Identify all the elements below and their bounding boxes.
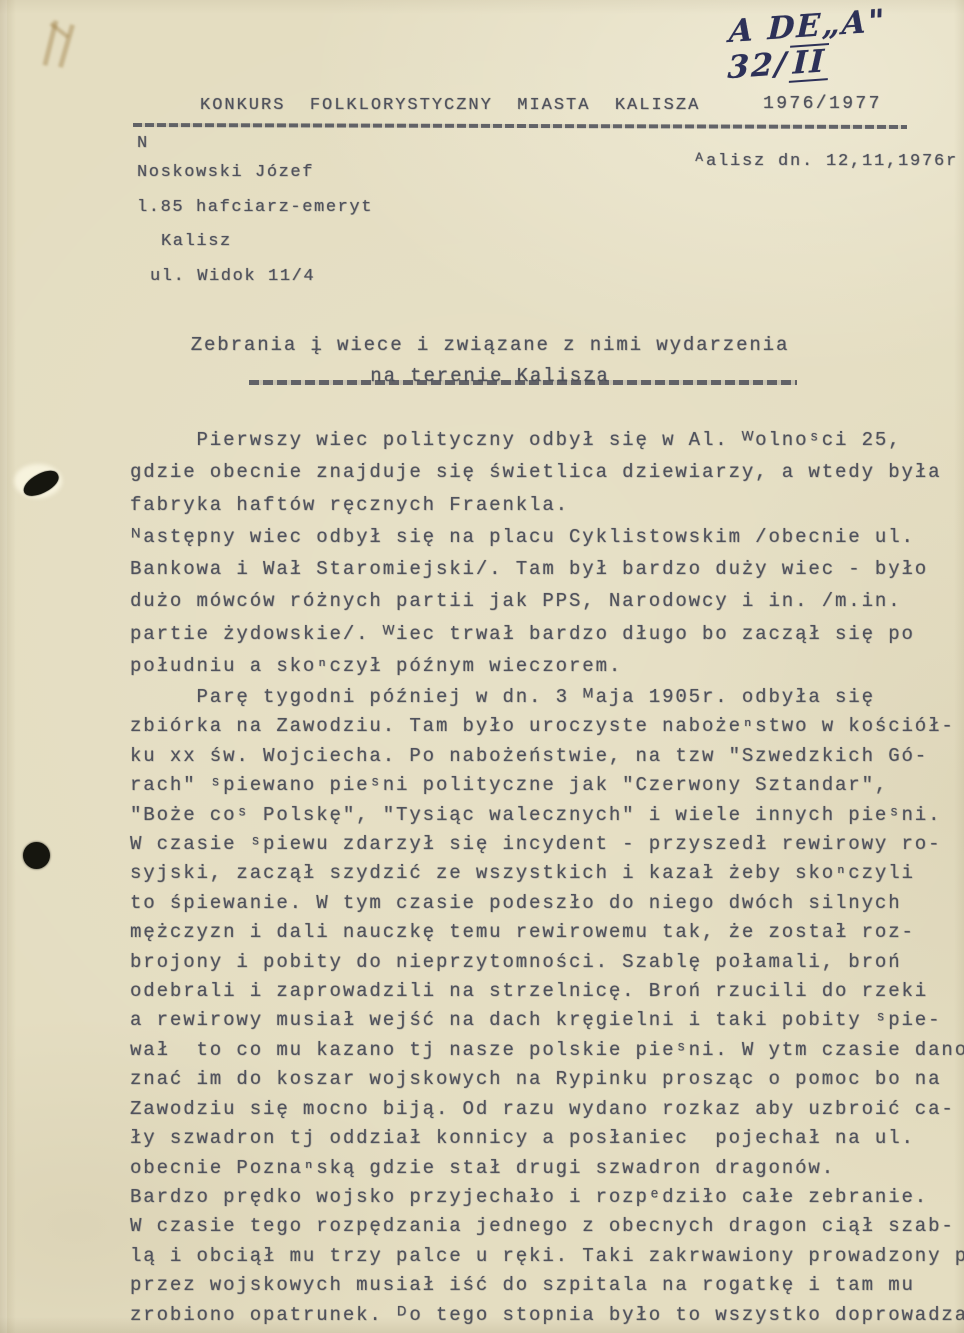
- text-line: partie żydowskie/. ᵂiec trwał bardzo dłu…: [130, 618, 964, 650]
- dateline: ᴬalisz dn. 12,11,1976r: [694, 152, 958, 171]
- text-line: W czasie ˢpiewu zdarzył się incydent - p…: [130, 830, 964, 859]
- handwritten-annotation: A DE„A" 32/II: [727, 0, 959, 87]
- title-line-2: na terenie Kalisza: [180, 361, 800, 392]
- text-line: ku xx św. Wojciecha. Po nabożeństwie, na…: [130, 742, 964, 771]
- text-line: Bardzo prędko wojsko przyjechało i rozpᵉ…: [130, 1183, 964, 1212]
- text-line: Zawodziu się mocno biją. Od razu wydano …: [130, 1095, 964, 1124]
- text-line: zrobiono opatrunek. ᴰo tego stopnia było…: [130, 1301, 964, 1330]
- text-line: rach" ˢpiewano pieˢni polityczne jak "Cz…: [130, 771, 964, 800]
- text-line: Parę tygodni później w dn. 3 ᴹaja 1905r.…: [130, 683, 964, 712]
- text-line: brojony i pobity do nieprzytomności. Sza…: [130, 948, 964, 977]
- text-line: obecnie Poznaⁿską gdzie stał drugi szwad…: [130, 1154, 964, 1183]
- text-line: zbiórka na Zawodziu. Tam było uroczyste …: [130, 712, 964, 741]
- title-line-1: Zebrania į wiece i związane z nimi wydar…: [180, 330, 800, 361]
- text-line: W czasie tego rozpędzania jednego z obec…: [130, 1212, 964, 1241]
- author-city: Kalisz: [137, 225, 373, 260]
- author-street: ul. Widok 11/4: [137, 260, 373, 295]
- stray-typed-letter: N: [137, 134, 148, 153]
- text-line: fabryka haftów ręcznych Fraenkla.: [130, 489, 964, 521]
- body-paragraph-2: Parę tygodni później w dn. 3 ᴹaja 1905r.…: [130, 683, 964, 1330]
- body-paragraph-1: Pierwszy wiec polityczny odbył się w Al.…: [130, 424, 964, 682]
- scanned-document-page: A DE„A" 32/II KONKURS FOLKLORYSTYCZNY MI…: [0, 0, 964, 1333]
- text-line: ᴺastępny wiec odbył się na placu Cyklist…: [130, 521, 964, 553]
- title-underline-rule: [249, 380, 797, 385]
- text-line: gdzie obecnie znajduje się świetlica dzi…: [130, 456, 964, 488]
- hole-punch-dot: [23, 842, 50, 869]
- text-line: ły szwadron tj oddział konnicy a posłani…: [130, 1124, 964, 1153]
- document-header-title: KONKURS FOLKLORYSTYCZNY MIASTA KALISZA: [200, 96, 700, 115]
- document-header-years: 1976/1977: [763, 94, 882, 114]
- text-line: "Boże coˢ Polskę", "Tysiąc walecznych" i…: [130, 801, 964, 830]
- author-occupation: l.85 hafciarz-emeryt: [137, 191, 373, 226]
- text-line: znać im do koszar wojskowych na Rypinku …: [130, 1065, 964, 1094]
- annotation-roman-numeral: II: [789, 43, 829, 82]
- text-line: lą i obciął mu trzy palce u ręki. Taki z…: [130, 1242, 964, 1271]
- author-name: Noskowski Józef: [137, 156, 373, 191]
- header-underline-rule: [133, 123, 907, 129]
- scan-edge: [0, 0, 7, 1333]
- text-line: Pierwszy wiec polityczny odbył się w Al.…: [130, 424, 964, 456]
- text-line: przez wojskowych musiał iść do szpitala …: [130, 1271, 964, 1300]
- text-line: wał to co mu kazano tj nasze polskie pie…: [130, 1036, 964, 1065]
- text-line: a rewirowy musiał wejść na dach kręgieln…: [130, 1006, 964, 1035]
- text-line: dużo mówców różnych partii jak PPS, Naro…: [130, 585, 964, 617]
- text-line: syjski, zaczął szydzić ze wszystkich i k…: [130, 859, 964, 888]
- text-line: to śpiewanie. W tym czasie podeszło do n…: [130, 889, 964, 918]
- author-block: Noskowski Józef l.85 hafciarz-emeryt Kal…: [137, 156, 373, 294]
- text-line: odebrali i zaprowadzili na strzelnicę. B…: [130, 977, 964, 1006]
- text-line: mężczyzn i dali nauczkę temu rewirowemu …: [130, 918, 964, 947]
- text-line: Bankowa i Wał Staromiejski/. Tam był bar…: [130, 553, 964, 585]
- text-line: południu a skoⁿczył późnym wieczorem.: [130, 650, 964, 682]
